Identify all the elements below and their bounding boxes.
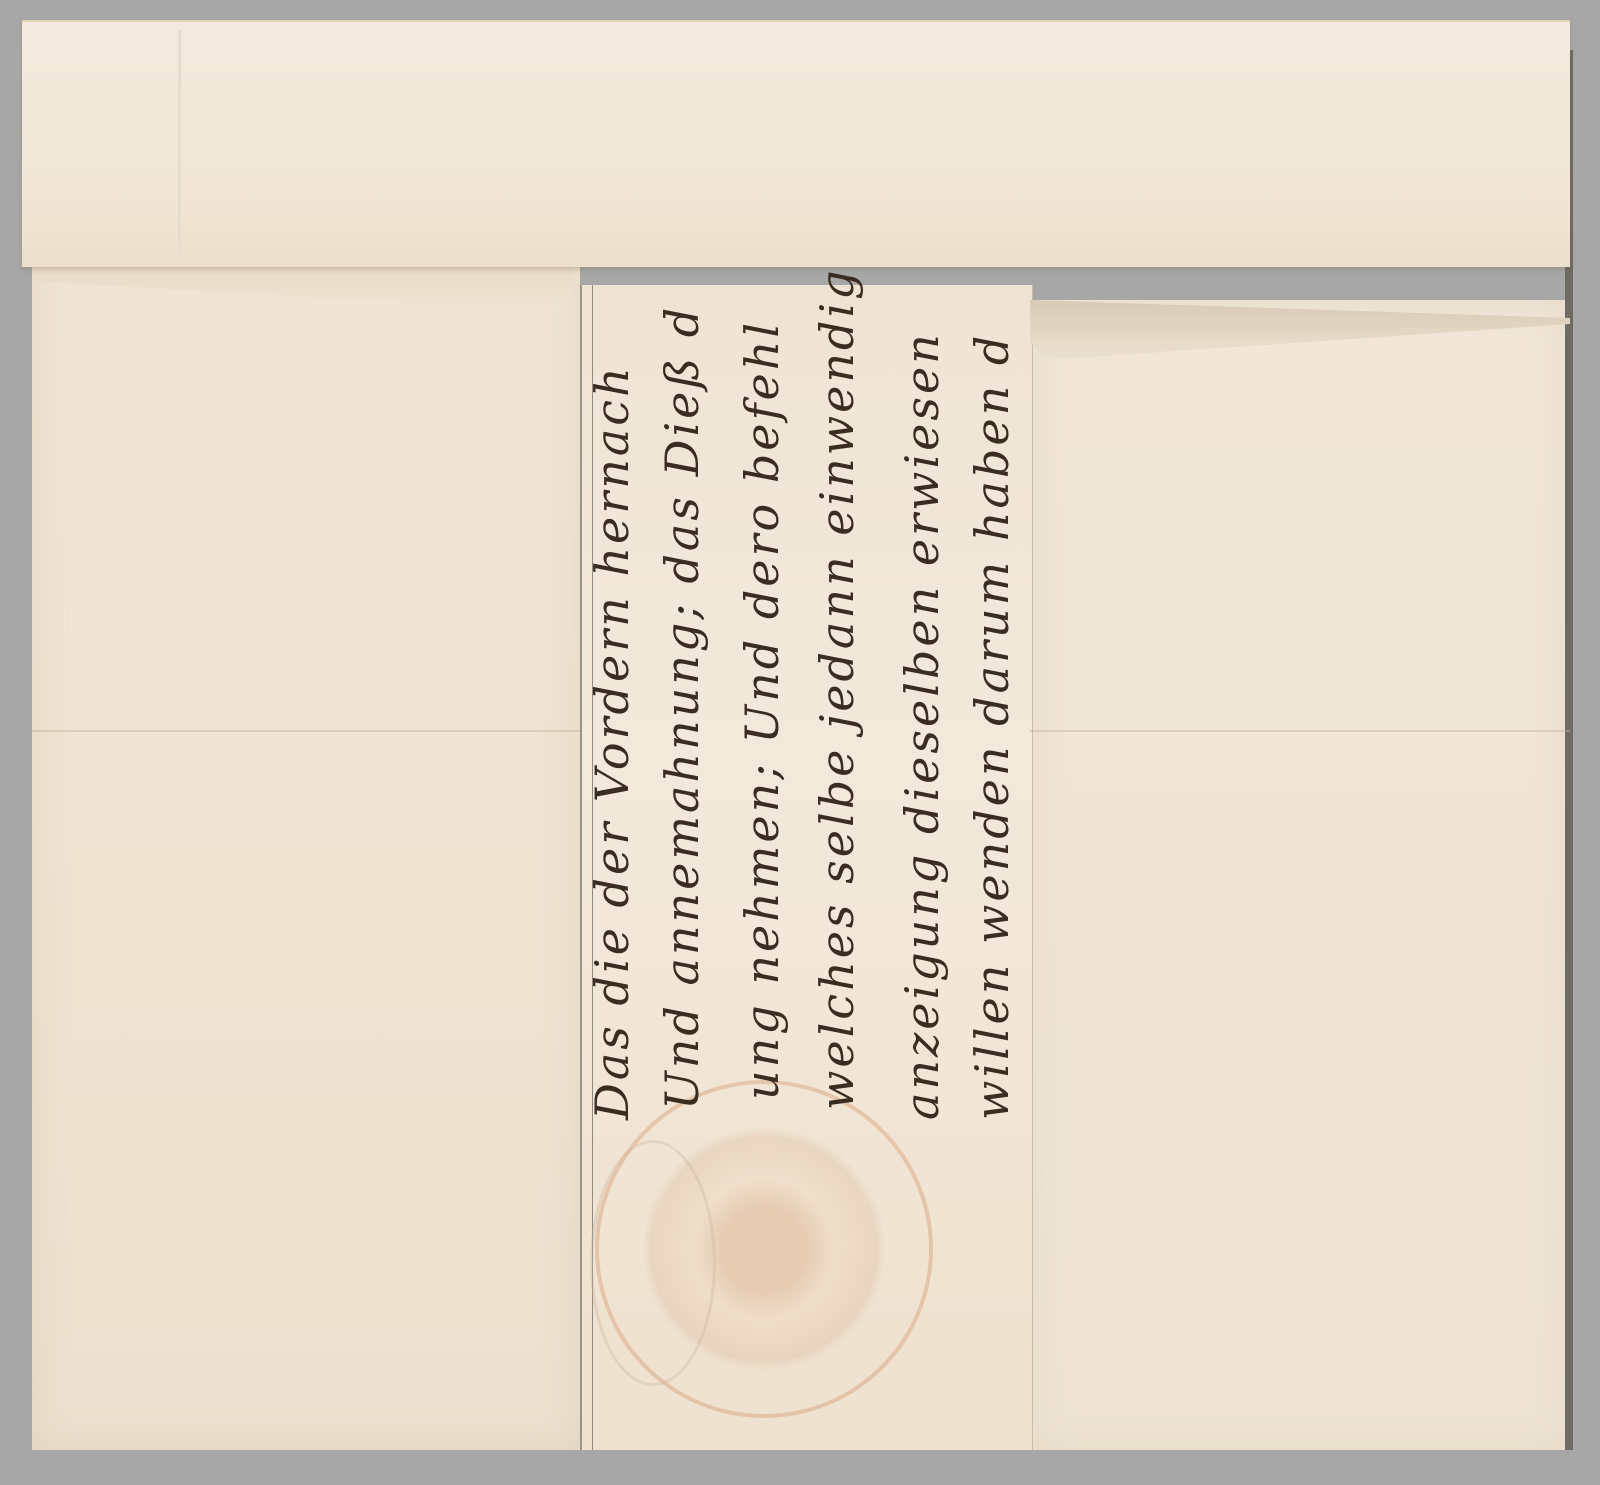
letter-back-left-panel [32,250,580,1450]
handwritten-line-2: Und annemahnung; das Dieß d [655,305,709,1110]
handwritten-line-5: anzeigung dieselben erwiesen [895,331,949,1120]
flap-crease [178,30,181,255]
handwritten-line-3: ung nehmen; Und dero befehl [735,320,789,1100]
horizontal-crease-right [1030,730,1570,732]
seal-impression-arc [590,1140,716,1386]
handwritten-line-6: willen wenden darum haben d [965,333,1019,1120]
letter-back-right-panel [1030,300,1570,1450]
horizontal-crease-left [32,730,580,732]
top-fold-flap [22,20,1570,267]
handwritten-line-4: welches selbe jedann einwendig [810,267,864,1110]
handwritten-line-1: Das die der Vordern hernach [585,364,639,1120]
